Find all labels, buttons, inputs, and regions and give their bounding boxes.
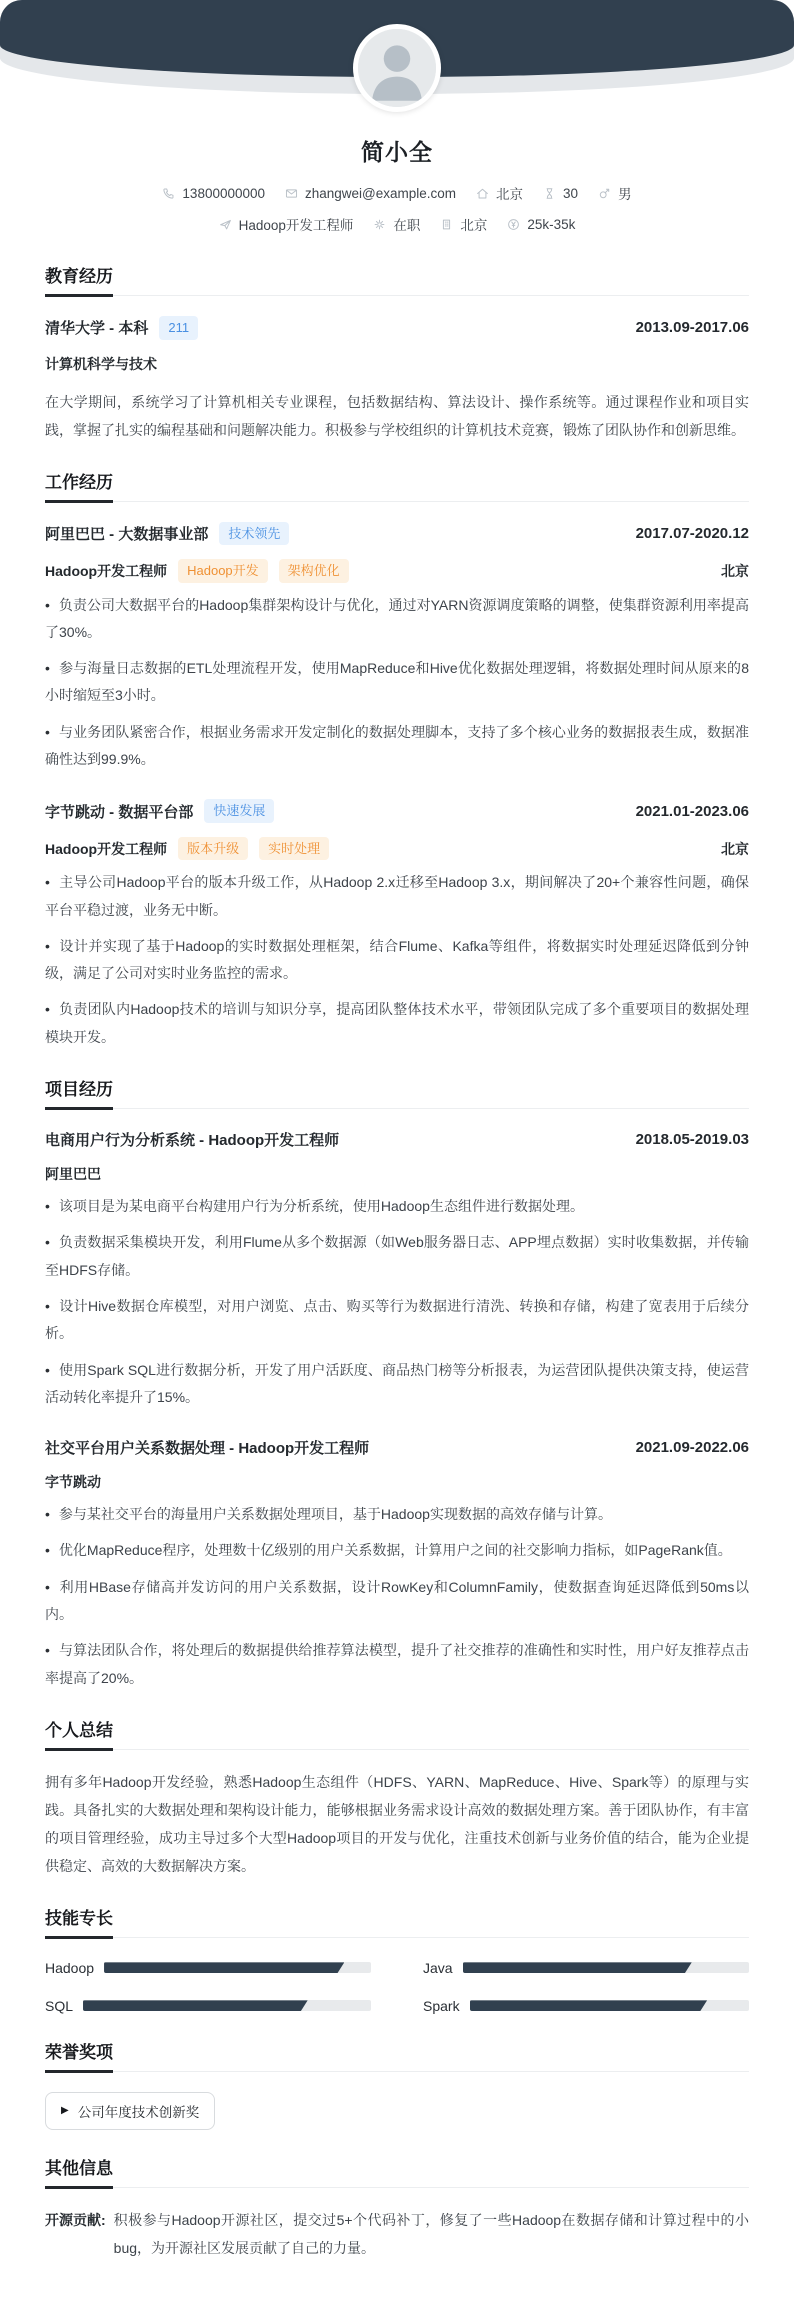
contact-text: 北京 <box>496 183 523 203</box>
section-header: 项目经历 <box>45 1081 749 1109</box>
honor-label: 公司年度技术创新奖 <box>78 2101 200 2121</box>
bullet-dot: • <box>45 874 50 890</box>
bullet-dot: • <box>45 724 50 740</box>
skill-item: SQL <box>45 1998 371 2014</box>
skills-grid: Hadoop Java SQL Spark <box>45 1960 749 2014</box>
school-badge: 211 <box>159 316 198 340</box>
bullet-item: •优化MapReduce程序，处理数十亿级别的用户关系数据，计算用户之间的社交影… <box>45 1537 749 1564</box>
section-header: 其他信息 <box>45 2160 749 2188</box>
contact-text: 北京 <box>460 214 487 234</box>
bullet-dot: • <box>45 660 50 676</box>
bullet-item: •负责公司大数据平台的Hadoop集群架构设计与优化，通过对YARN资源调度策略… <box>45 592 749 647</box>
section-header: 荣誉奖项 <box>45 2044 749 2072</box>
section-projects: 项目经历 电商用户行为分析系统 - Hadoop开发工程师 2018.05-20… <box>45 1081 749 1692</box>
role-title: Hadoop开发工程师 <box>45 839 167 859</box>
skill-bar-fill <box>463 1962 692 1973</box>
skill-bar-track <box>463 1962 749 1973</box>
project-item: 社交平台用户关系数据处理 - Hadoop开发工程师 2021.09-2022.… <box>45 1437 749 1692</box>
project-name: 社交平台用户关系数据处理 - Hadoop开发工程师 <box>45 1437 369 1458</box>
work-bullets: •主导公司Hadoop平台的版本升级工作，从Hadoop 2.x迁移至Hadoo… <box>45 869 749 1051</box>
contact-work-city: 北京 <box>440 214 487 234</box>
skill-item: Spark <box>423 1998 749 2014</box>
project-name: 电商用户行为分析系统 - Hadoop开发工程师 <box>45 1129 339 1150</box>
role-tag: Hadoop开发 <box>178 559 268 583</box>
project-title-row: 电商用户行为分析系统 - Hadoop开发工程师 2018.05-2019.03 <box>45 1129 749 1150</box>
section-header: 教育经历 <box>45 268 749 296</box>
bullet-item: •设计并实现了基于Hadoop的实时数据处理框架，结合Flume、Kafka等组… <box>45 933 749 988</box>
contact-text: 在职 <box>393 214 420 234</box>
phone-icon <box>162 187 175 200</box>
skill-bar-track <box>104 1962 371 1973</box>
contact-phone: 13800000000 <box>162 186 265 201</box>
mail-icon <box>285 187 298 200</box>
bullet-dot: • <box>45 1298 50 1314</box>
salary-icon <box>507 218 520 231</box>
bullet-dot: • <box>45 1642 50 1658</box>
bullet-item: •该项目是为某电商平台构建用户行为分析系统，使用Hadoop生态组件进行数据处理… <box>45 1193 749 1220</box>
company-row: 阿里巴巴 - 大数据事业部 技术领先 2017.07-2020.12 <box>45 522 749 546</box>
skill-bar-fill <box>83 2000 308 2011</box>
bullet-text: 利用HBase存储高并发访问的用户关系数据，设计RowKey和ColumnFam… <box>45 1579 749 1622</box>
bullet-text: 参与某社交平台的海量用户关系数据处理项目，基于Hadoop实现数据的高效存储与计… <box>59 1506 612 1522</box>
company-name: 阿里巴巴 - 大数据事业部 <box>45 523 208 544</box>
header-banner <box>0 0 794 128</box>
age-icon <box>543 187 556 200</box>
bullet-text: 该项目是为某电商平台构建用户行为分析系统，使用Hadoop生态组件进行数据处理。 <box>59 1198 584 1214</box>
work-item: 阿里巴巴 - 大数据事业部 技术领先 2017.07-2020.12 Hadoo… <box>45 522 749 774</box>
education-date: 2013.09-2017.06 <box>636 319 749 336</box>
school-name: 清华大学 - 本科 <box>45 317 148 338</box>
contact-info: 13800000000 zhangwei@example.com 北京 30 男 <box>0 183 794 234</box>
other-info-label: 开源贡献: <box>45 2206 106 2262</box>
section-other: 其他信息 开源贡献: 积极参与Hadoop开源社区，提交过5+个代码补丁，修复了… <box>45 2160 749 2262</box>
section-title: 荣誉奖项 <box>45 2044 113 2073</box>
company-name: 字节跳动 - 数据平台部 <box>45 801 193 822</box>
contact-row-2: Hadoop开发工程师 在职 北京 25k-35k <box>0 214 794 234</box>
company-row: 字节跳动 - 数据平台部 快速发展 2021.01-2023.06 <box>45 799 749 823</box>
bullet-item: •参与海量日志数据的ETL处理流程开发，使用MapReduce和Hive优化数据… <box>45 655 749 710</box>
honor-item[interactable]: ▶ 公司年度技术创新奖 <box>45 2092 215 2130</box>
bullet-item: •负责数据采集模块开发，利用Flume从多个数据源（如Web服务器日志、APP埋… <box>45 1229 749 1284</box>
project-date: 2018.05-2019.03 <box>636 1131 749 1148</box>
bullet-text: 负责数据采集模块开发，利用Flume从多个数据源（如Web服务器日志、APP埋点… <box>45 1234 749 1277</box>
bullet-text: 与业务团队紧密合作，根据业务需求开发定制化的数据处理脚本，支持了多个核心业务的数… <box>45 724 749 767</box>
role-row: Hadoop开发工程师 Hadoop开发 架构优化 北京 <box>45 559 749 583</box>
contact-salary: 25k-35k <box>507 217 575 232</box>
contact-position: Hadoop开发工程师 <box>219 214 354 234</box>
project-company: 阿里巴巴 <box>45 1164 101 1184</box>
contact-text: 25k-35k <box>527 217 575 232</box>
play-icon: ▶ <box>61 2106 69 2116</box>
skill-item: Hadoop <box>45 1960 371 1976</box>
skill-name: Java <box>423 1960 453 1976</box>
building-icon <box>440 218 453 231</box>
work-date: 2021.01-2023.06 <box>636 803 749 820</box>
skill-bar-track <box>470 2000 749 2011</box>
section-header: 个人总结 <box>45 1722 749 1750</box>
section-skills: 技能专长 Hadoop Java SQL Spark <box>45 1910 749 2014</box>
contact-row-1: 13800000000 zhangwei@example.com 北京 30 男 <box>0 183 794 203</box>
bullet-text: 设计Hive数据仓库模型，对用户浏览、点击、购买等行为数据进行清洗、转换和存储，… <box>45 1298 749 1341</box>
contact-text: 男 <box>618 183 632 203</box>
section-title: 教育经历 <box>45 268 113 297</box>
bullet-text: 主导公司Hadoop平台的版本升级工作，从Hadoop 2.x迁移至Hadoop… <box>45 874 749 917</box>
bullet-text: 与算法团队合作，将处理后的数据提供给推荐算法模型，提升了社交推荐的准确性和实时性… <box>45 1642 749 1685</box>
skill-bar-fill <box>104 1962 344 1973</box>
summary-text: 拥有多年Hadoop开发经验，熟悉Hadoop生态组件（HDFS、YARN、Ma… <box>45 1768 749 1880</box>
contact-text: 30 <box>563 186 578 201</box>
contact-age: 30 <box>543 186 578 201</box>
role-tag: 实时处理 <box>259 837 329 861</box>
bullet-item: •与算法团队合作，将处理后的数据提供给推荐算法模型，提升了社交推荐的准确性和实时… <box>45 1637 749 1692</box>
project-item: 电商用户行为分析系统 - Hadoop开发工程师 2018.05-2019.03… <box>45 1129 749 1411</box>
avatar-photo <box>358 29 436 107</box>
company-badge: 技术领先 <box>219 522 289 546</box>
bullet-text: 负责团队内Hadoop技术的培训与知识分享，提高团队整体技术水平，带领团队完成了… <box>45 1001 749 1044</box>
bullet-text: 设计并实现了基于Hadoop的实时数据处理框架，结合Flume、Kafka等组件… <box>45 938 749 981</box>
bullet-dot: • <box>45 597 50 613</box>
bullet-item: •负责团队内Hadoop技术的培训与知识分享，提高团队整体技术水平，带领团队完成… <box>45 996 749 1051</box>
education-title-row: 清华大学 - 本科 211 2013.09-2017.06 <box>45 316 749 340</box>
skill-name: Spark <box>423 1998 460 2014</box>
work-bullets: •负责公司大数据平台的Hadoop集群架构设计与优化，通过对YARN资源调度策略… <box>45 592 749 774</box>
project-company-row: 字节跳动 <box>45 1472 749 1492</box>
avatar <box>353 24 441 112</box>
gender-icon <box>598 187 611 200</box>
bullet-text: 参与海量日志数据的ETL处理流程开发，使用MapReduce和Hive优化数据处… <box>45 660 749 703</box>
education-item: 清华大学 - 本科 211 2013.09-2017.06 计算机科学与技术 在… <box>45 316 749 444</box>
section-title: 其他信息 <box>45 2160 113 2189</box>
major-name: 计算机科学与技术 <box>45 354 157 374</box>
project-company: 字节跳动 <box>45 1472 101 1492</box>
bullet-dot: • <box>45 1579 50 1595</box>
skill-bar-track <box>83 2000 371 2011</box>
position-icon <box>219 218 232 231</box>
home-icon <box>476 187 489 200</box>
education-description: 在大学期间，系统学习了计算机相关专业课程，包括数据结构、算法设计、操作系统等。通… <box>45 388 749 444</box>
skill-bar-fill <box>470 2000 708 2011</box>
contact-text: Hadoop开发工程师 <box>239 214 354 234</box>
bullet-dot: • <box>45 1542 50 1558</box>
project-company-row: 阿里巴巴 <box>45 1164 749 1184</box>
section-work: 工作经历 阿里巴巴 - 大数据事业部 技术领先 2017.07-2020.12 … <box>45 474 749 1052</box>
contact-text: 13800000000 <box>182 186 265 201</box>
company-badge: 快速发展 <box>204 799 274 823</box>
bullet-item: •使用Spark SQL进行数据分析，开发了用户活跃度、商品热门榜等分析报表，为… <box>45 1357 749 1412</box>
resume-page: 简小全 13800000000 zhangwei@example.com 北京 … <box>0 0 794 2302</box>
skill-name: SQL <box>45 1998 73 2014</box>
status-gear-icon <box>373 218 386 231</box>
contact-home-city: 北京 <box>476 183 523 203</box>
section-title: 工作经历 <box>45 474 113 503</box>
bullet-item: •利用HBase存储高并发访问的用户关系数据，设计RowKey和ColumnFa… <box>45 1574 749 1629</box>
resume-content: 教育经历 清华大学 - 本科 211 2013.09-2017.06 计算机科学… <box>0 268 794 2302</box>
role-tag: 架构优化 <box>279 559 349 583</box>
section-header: 工作经历 <box>45 474 749 502</box>
other-info-text: 积极参与Hadoop开源社区，提交过5+个代码补丁，修复了一些Hadoop在数据… <box>114 2206 749 2262</box>
contact-email: zhangwei@example.com <box>285 186 456 201</box>
section-title: 个人总结 <box>45 1722 113 1751</box>
contact-status: 在职 <box>373 214 420 234</box>
project-bullets: •该项目是为某电商平台构建用户行为分析系统，使用Hadoop生态组件进行数据处理… <box>45 1193 749 1411</box>
section-education: 教育经历 清华大学 - 本科 211 2013.09-2017.06 计算机科学… <box>45 268 749 444</box>
project-bullets: •参与某社交平台的海量用户关系数据处理项目，基于Hadoop实现数据的高效存储与… <box>45 1501 749 1692</box>
bullet-item: •设计Hive数据仓库模型，对用户浏览、点击、购买等行为数据进行清洗、转换和存储… <box>45 1293 749 1348</box>
bullet-dot: • <box>45 1506 50 1522</box>
bullet-text: 优化MapReduce程序，处理数十亿级别的用户关系数据，计算用户之间的社交影响… <box>59 1542 732 1558</box>
work-location: 北京 <box>721 561 749 581</box>
bullet-text: 使用Spark SQL进行数据分析，开发了用户活跃度、商品热门榜等分析报表，为运… <box>45 1362 749 1405</box>
bullet-dot: • <box>45 1001 50 1017</box>
section-header: 技能专长 <box>45 1910 749 1938</box>
bullet-item: •参与某社交平台的海量用户关系数据处理项目，基于Hadoop实现数据的高效存储与… <box>45 1501 749 1528</box>
bullet-dot: • <box>45 1362 50 1378</box>
education-major-row: 计算机科学与技术 <box>45 354 749 374</box>
work-location: 北京 <box>721 839 749 859</box>
candidate-name: 简小全 <box>0 134 794 167</box>
contact-text: zhangwei@example.com <box>305 186 456 201</box>
bullet-item: •主导公司Hadoop平台的版本升级工作，从Hadoop 2.x迁移至Hadoo… <box>45 869 749 924</box>
section-honors: 荣誉奖项 ▶ 公司年度技术创新奖 <box>45 2044 749 2130</box>
role-row: Hadoop开发工程师 版本升级 实时处理 北京 <box>45 837 749 861</box>
bullet-item: •与业务团队紧密合作，根据业务需求开发定制化的数据处理脚本，支持了多个核心业务的… <box>45 719 749 774</box>
section-title: 项目经历 <box>45 1081 113 1110</box>
bullet-dot: • <box>45 1198 50 1214</box>
role-tag: 版本升级 <box>178 837 248 861</box>
bullet-text: 负责公司大数据平台的Hadoop集群架构设计与优化，通过对YARN资源调度策略的… <box>45 597 749 640</box>
bullet-dot: • <box>45 938 50 954</box>
contact-gender: 男 <box>598 183 632 203</box>
other-info-row: 开源贡献: 积极参与Hadoop开源社区，提交过5+个代码补丁，修复了一些Had… <box>45 2206 749 2262</box>
section-title: 技能专长 <box>45 1910 113 1939</box>
bullet-dot: • <box>45 1234 50 1250</box>
role-title: Hadoop开发工程师 <box>45 561 167 581</box>
project-date: 2021.09-2022.06 <box>636 1439 749 1456</box>
skill-item: Java <box>423 1960 749 1976</box>
section-summary: 个人总结 拥有多年Hadoop开发经验，熟悉Hadoop生态组件（HDFS、YA… <box>45 1722 749 1880</box>
work-item: 字节跳动 - 数据平台部 快速发展 2021.01-2023.06 Hadoop… <box>45 799 749 1051</box>
skill-name: Hadoop <box>45 1960 94 1976</box>
project-title-row: 社交平台用户关系数据处理 - Hadoop开发工程师 2021.09-2022.… <box>45 1437 749 1458</box>
work-date: 2017.07-2020.12 <box>636 525 749 542</box>
